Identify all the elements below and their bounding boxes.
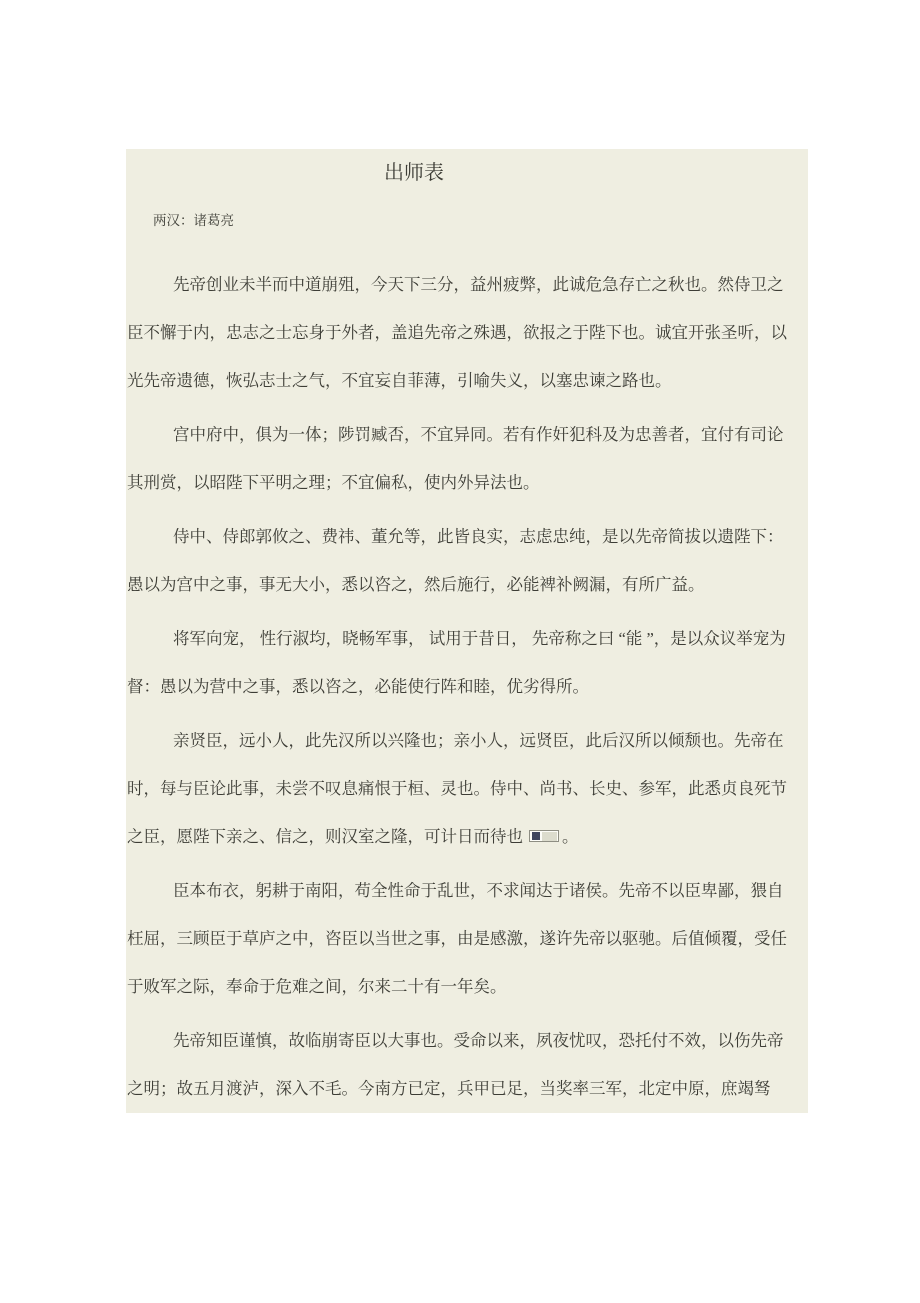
browser-canvas: { "document": { "title": "出师表", "author_… [0,0,920,1303]
author-line: 两汉：诸葛亮 [127,211,794,231]
paragraph-5: 亲贤臣，远小人，此先汉所以兴隆也；亲小人，远贤臣，此后汉所以倾颓也。先帝在时，每… [127,717,794,861]
broken-image-shade [542,832,557,841]
paragraph-6: 臣本布衣，躬耕于南阳，苟全性命于乱世，不求闻达于诸侯。先帝不以臣卑鄙，猥自枉屈，… [127,867,794,1011]
document-title: 出师表 [127,157,701,189]
paragraph-2: 宫中府中，俱为一体；陟罚臧否，不宜异同。若有作奸犯科及为忠善者，宜付有司论其刑赏… [127,411,794,507]
document-page: 出师表 两汉：诸葛亮 先帝创业未半而中道崩殂，今天下三分，益州疲弊，此诚危急存亡… [126,149,808,1113]
broken-image-placeholder [529,830,559,842]
paragraph-5-period: 。 [562,827,579,846]
paragraph-5-text: 亲贤臣，远小人，此先汉所以兴隆也；亲小人，远贤臣，此后汉所以倾颓也。先帝在时，每… [127,731,787,846]
paragraph-1: 先帝创业未半而中道崩殂，今天下三分，益州疲弊，此诚危急存亡之秋也。然侍卫之臣不懈… [127,261,794,405]
broken-image-icon [532,832,540,840]
paragraph-4: 将军向宠， 性行淑均，晓畅军事， 试用于昔日， 先帝称之曰 “能 ”，是以众议举… [127,615,794,711]
paragraph-7: 先帝知臣谨慎，故临崩寄臣以大事也。受命以来，夙夜忧叹，恐托付不效，以伤先帝之明；… [127,1017,794,1113]
paragraph-3: 侍中、侍郎郭攸之、费祎、董允等，此皆良实，志虑忠纯，是以先帝简拔以遗陛下：愚以为… [127,513,794,609]
